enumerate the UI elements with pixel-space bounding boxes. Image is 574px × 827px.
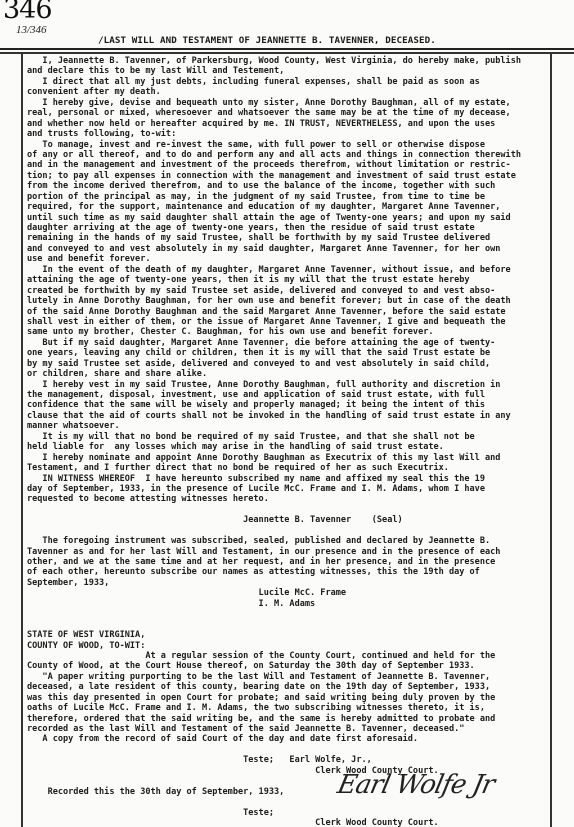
title-rule-bottom — [0, 52, 574, 54]
text-line: held liable for any losses which may ari… — [27, 442, 574, 452]
text-line: manner whatsoever. — [27, 421, 574, 431]
text-line: of each other, hereunto subscribe our na… — [27, 567, 574, 577]
text-line: remaining in the hands of my said Truste… — [27, 233, 574, 243]
text-line: I, Jeannette B. Tavenner, of Parkersburg… — [27, 56, 574, 66]
text-line: I hereby give, devise and bequeath unto … — [27, 98, 574, 108]
text-line: and in the management and investment of … — [27, 160, 574, 170]
text-line: shall vest in either of them, or the iss… — [27, 317, 574, 327]
document-title: /LAST WILL AND TESTAMENT OF JEANNETTE B.… — [98, 35, 436, 46]
text-line: Testament, and I further direct that no … — [27, 463, 574, 473]
text-line: Tavenner as and for her last Will and Te… — [27, 547, 574, 557]
text-line: I hereby nominate and appoint Anne Dorot… — [27, 453, 574, 463]
text-line — [27, 526, 574, 536]
text-line: tion; to pay all expenses in connection … — [27, 171, 574, 181]
text-line: I direct that all my just debts, includi… — [27, 77, 574, 87]
text-line: and whether now held or hereafter acquir… — [27, 119, 574, 129]
text-line: use and benefit forever. — [27, 254, 574, 264]
text-line: other, and we at the same time and at he… — [27, 557, 574, 567]
text-line: daughter arriving at the age of twenty-o… — [27, 223, 574, 233]
text-line: It is my will that no bond be required o… — [27, 432, 574, 442]
text-line: attaining the age of twenty-one years, t… — [27, 275, 574, 285]
left-margin-border — [21, 54, 23, 827]
text-line: recorded as the last Will and Testament … — [27, 724, 574, 734]
text-line: Jeannette B. Tavenner (Seal) — [27, 515, 574, 525]
text-line: IN WITNESS WHEREOF I have hereunto subsc… — [27, 474, 574, 484]
text-line: deceased, a late resident of this county… — [27, 682, 574, 692]
text-line: one years, leaving any child or children… — [27, 348, 574, 358]
text-line: STATE OF WEST VIRGINIA, — [27, 630, 574, 640]
text-line: The foregoing instrument was subscribed,… — [27, 536, 574, 546]
will-body-text: I, Jeannette B. Tavenner, of Parkersburg… — [27, 56, 574, 827]
text-line: I hereby vest in my said Trustee, Anne D… — [27, 380, 574, 390]
text-line: was this day presented in open Court for… — [27, 693, 574, 703]
text-line: from the income derived therefrom, and t… — [27, 181, 574, 191]
text-line: September, 1933, — [27, 578, 574, 588]
text-line: of the said Anne Dorothy Baughman and th… — [27, 307, 574, 317]
text-line: same unto my brother, Chester C. Baughma… — [27, 327, 574, 337]
text-line: "A paper writing purporting to be the la… — [27, 672, 574, 682]
text-line: Clerk Wood County Court. — [27, 818, 574, 827]
text-line: the management, disposal, investment, us… — [27, 390, 574, 400]
text-line: Lucile McC. Frame — [27, 588, 574, 598]
text-line: Teste; — [27, 808, 574, 818]
text-line: But if my said daughter, Margaret Anne T… — [27, 338, 574, 348]
text-line: portion of the principal as may, in the … — [27, 192, 574, 202]
text-line — [27, 505, 574, 515]
text-line: requested to become attesting witnesses … — [27, 494, 574, 504]
text-line: required, for the support, maintenance a… — [27, 202, 574, 212]
text-line: Teste; Earl Wolfe, Jr., — [27, 755, 574, 765]
text-line: and declare this to be my last Will and … — [27, 66, 574, 76]
text-line — [27, 609, 574, 619]
text-line: At a regular session of the County Court… — [27, 651, 574, 661]
text-line: To manage, invest and re-invest the same… — [27, 140, 574, 150]
text-line — [27, 745, 574, 755]
text-line: or children, share and share alike. — [27, 369, 574, 379]
text-line: In the event of the death of my daughter… — [27, 265, 574, 275]
text-line — [27, 797, 574, 807]
instrument-number: 13/346 — [16, 24, 47, 36]
text-line: real, personal or mixed, wheresoever and… — [27, 108, 574, 118]
text-line: confidence that the same will be wisely … — [27, 400, 574, 410]
text-line: of any or all thereof, and to do and per… — [27, 150, 574, 160]
text-line — [27, 620, 574, 630]
clerk-handwritten-signature: Earl Wolfe Jr — [335, 770, 497, 800]
text-line: COUNTY OF WOOD, TO-WIT: — [27, 641, 574, 651]
text-line: created be forthwith by my said Trustee … — [27, 286, 574, 296]
text-line: by my said Trustee set aside, delivered … — [27, 359, 574, 369]
text-line: A copy from the record of said Court of … — [27, 734, 574, 744]
text-line: oaths of Lucile McC. Frame and I. M. Ada… — [27, 703, 574, 713]
text-line: I. M. Adams — [27, 599, 574, 609]
title-rule-top — [0, 48, 574, 50]
text-line: lutely in Anne Dorothy Baughman, for her… — [27, 296, 574, 306]
text-line: and conveyed to and vest absolutely in m… — [27, 244, 574, 254]
text-line: convenient after my death. — [27, 87, 574, 97]
text-line: therefore, ordered that the said writing… — [27, 714, 574, 724]
text-line: County of Wood, at the Court House there… — [27, 661, 574, 671]
text-line: until such time as my said daughter shal… — [27, 213, 574, 223]
page-number: 346 — [3, 0, 52, 25]
text-line: and trusts following, to-wit: — [27, 129, 574, 139]
text-line: day of September, 1933, in the presence … — [27, 484, 574, 494]
text-line: clause that the aid of courts shall not … — [27, 411, 574, 421]
